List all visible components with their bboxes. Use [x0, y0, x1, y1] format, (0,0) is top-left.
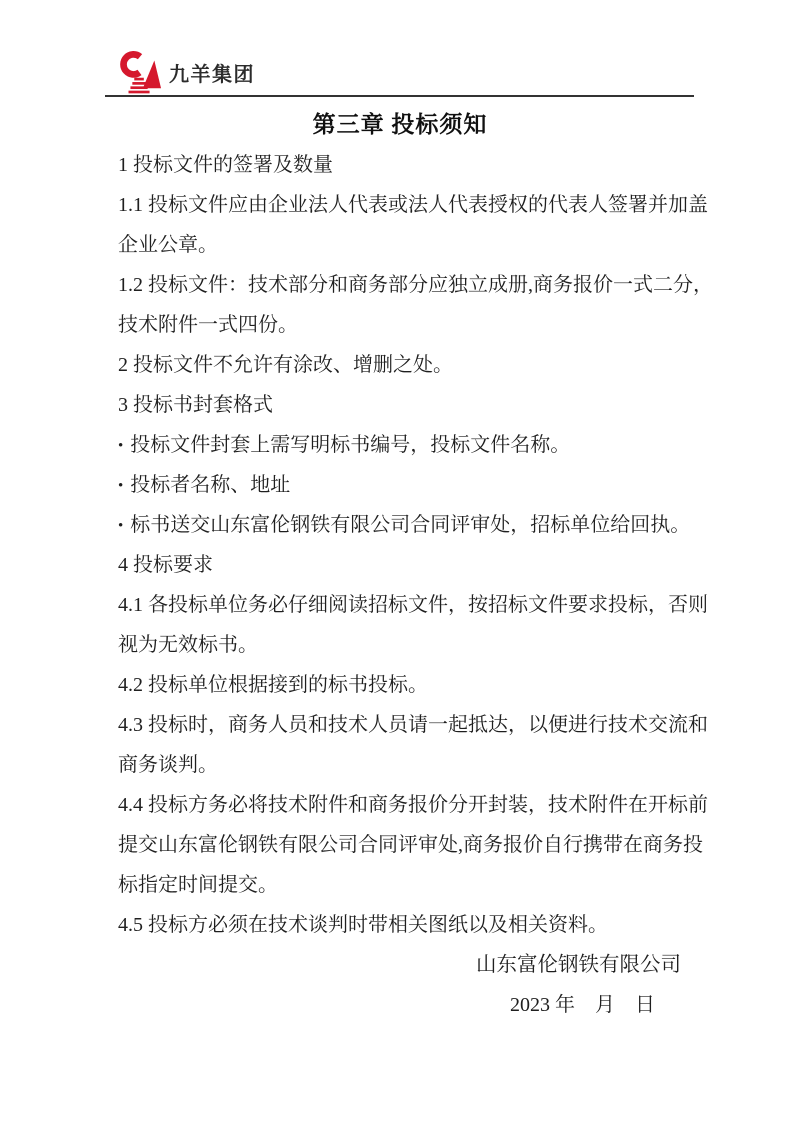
text-line: 4.5 投标方必须在技术谈判时带相关图纸以及相关资料。	[118, 905, 692, 945]
signature-company: 山东富伦钢铁有限公司	[115, 945, 685, 985]
logo-text: 九羊集团	[169, 58, 255, 87]
section-heading: 1 投标文件的签署及数量	[118, 145, 692, 185]
text-line: 1.1 投标文件应由企业法人代表或法人代表授权的代表人签署并加盖	[118, 185, 692, 225]
document-body: 1 投标文件的签署及数量 1.1 投标文件应由企业法人代表或法人代表授权的代表人…	[0, 145, 800, 945]
signature-block: 山东富伦钢铁有限公司 2023 年 月 日	[0, 945, 800, 1025]
text-line: 投标者名称、地址	[130, 474, 290, 496]
section-heading: 2 投标文件不允许有涂改、增删之处。	[118, 345, 692, 385]
text-line: 商务谈判。	[118, 745, 692, 785]
bullet-item: •标书送交山东富伦钢铁有限公司合同评审处，招标单位给回执。	[118, 505, 692, 545]
signature-date: 2023 年 月 日	[115, 985, 685, 1025]
section-heading: 3 投标书封套格式	[118, 385, 692, 425]
text-line: 4.2 投标单位根据接到的标书投标。	[118, 665, 692, 705]
document-page: 九羊集团 第三章 投标须知 1 投标文件的签署及数量 1.1 投标文件应由企业法…	[0, 0, 800, 1131]
text-line: 4.4 投标方务必将技术附件和商务报价分开封装，技术附件在开标前	[118, 785, 692, 825]
bullet-icon: •	[118, 426, 123, 466]
text-line: 投标文件封套上需写明标书编号，投标文件名称。	[130, 434, 570, 456]
text-line: 技术附件一式四份。	[118, 305, 692, 345]
page-header: 九羊集团	[105, 0, 694, 97]
text-line: 1.2 投标文件：技术部分和商务部分应独立成册,商务报价一式二分，	[118, 265, 692, 305]
text-line: 提交山东富伦钢铁有限公司合同评审处,商务报价自行携带在商务投	[118, 825, 692, 865]
text-line: 视为无效标书。	[118, 625, 692, 665]
bullet-item: •投标文件封套上需写明标书编号，投标文件名称。	[118, 425, 692, 465]
text-line: 标书送交山东富伦钢铁有限公司合同评审处，招标单位给回执。	[130, 514, 690, 536]
bullet-icon: •	[118, 466, 123, 506]
section-heading: 4 投标要求	[118, 545, 692, 585]
bullet-item: •投标者名称、地址	[118, 465, 692, 505]
text-line: 标指定时间提交。	[118, 865, 692, 905]
company-logo: 九羊集团	[105, 50, 694, 95]
text-line: 4.1 各投标单位务必仔细阅读招标文件，按招标文件要求投标，否则	[118, 585, 692, 625]
bullet-icon: •	[118, 506, 123, 546]
document-title: 第三章 投标须知	[0, 105, 800, 145]
text-line: 4.3 投标时，商务人员和技术人员请一起抵达，以便进行技术交流和	[118, 705, 692, 745]
jiuyang-logo-icon	[117, 50, 163, 94]
text-line: 企业公章。	[118, 225, 692, 265]
